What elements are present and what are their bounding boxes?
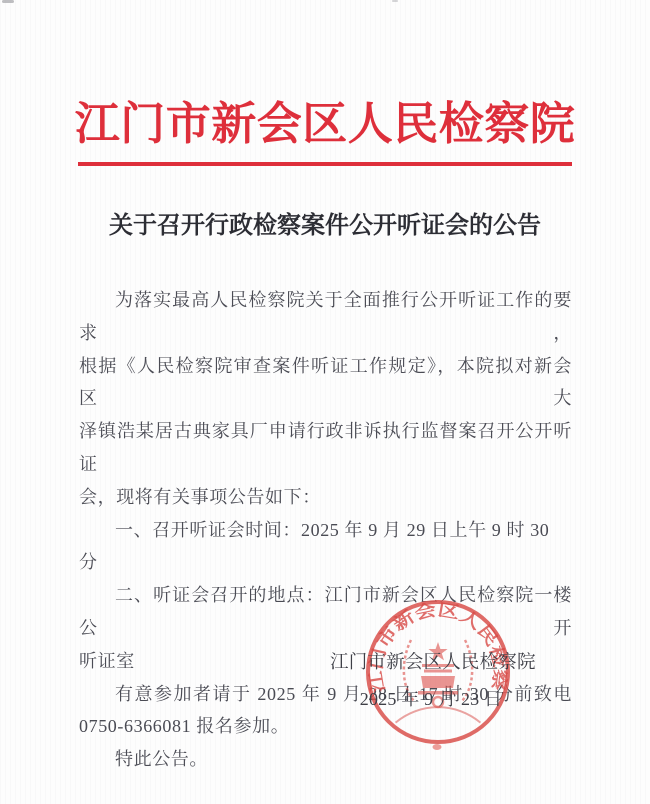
body-line-meeting-time: 一、召开听证会时间：2025 年 9 月 29 日上午 9 时 30 分 [79,514,572,580]
scan-artifact [392,0,398,2]
signature-date: 2025 年 9 月 23 日 [330,686,532,713]
document-title: 关于召开行政检察案件公开听证会的公告 [0,208,650,244]
body-line: 泽镇浩某居古典家具厂申请行政非诉执行监督案召开公开听证 [79,415,572,481]
letterhead-title: 江门市新会区人民检察院 [0,94,650,154]
signature-block: 江门市新会区人民检察院 2025 年 9 月 23 日 [330,650,532,713]
scan-artifact [2,0,14,3]
letterhead-divider [78,162,572,166]
seal-ink-smudge [433,744,442,750]
body-line: 会，现将有关事项公告如下： [79,481,572,514]
body-line: 根据《人民检察院审查案件听证工作规定》，本院拟对新会区大 [79,350,572,416]
announcement-page: 江门市新会区人民检察院 关于召开行政检察案件公开听证会的公告 为落实最高人民检察… [0,0,650,804]
body-line: 为落实最高人民检察院关于全面推行公开听证工作的要求， [79,284,572,350]
signature-org-name: 江门市新会区人民检察院 [330,650,532,677]
